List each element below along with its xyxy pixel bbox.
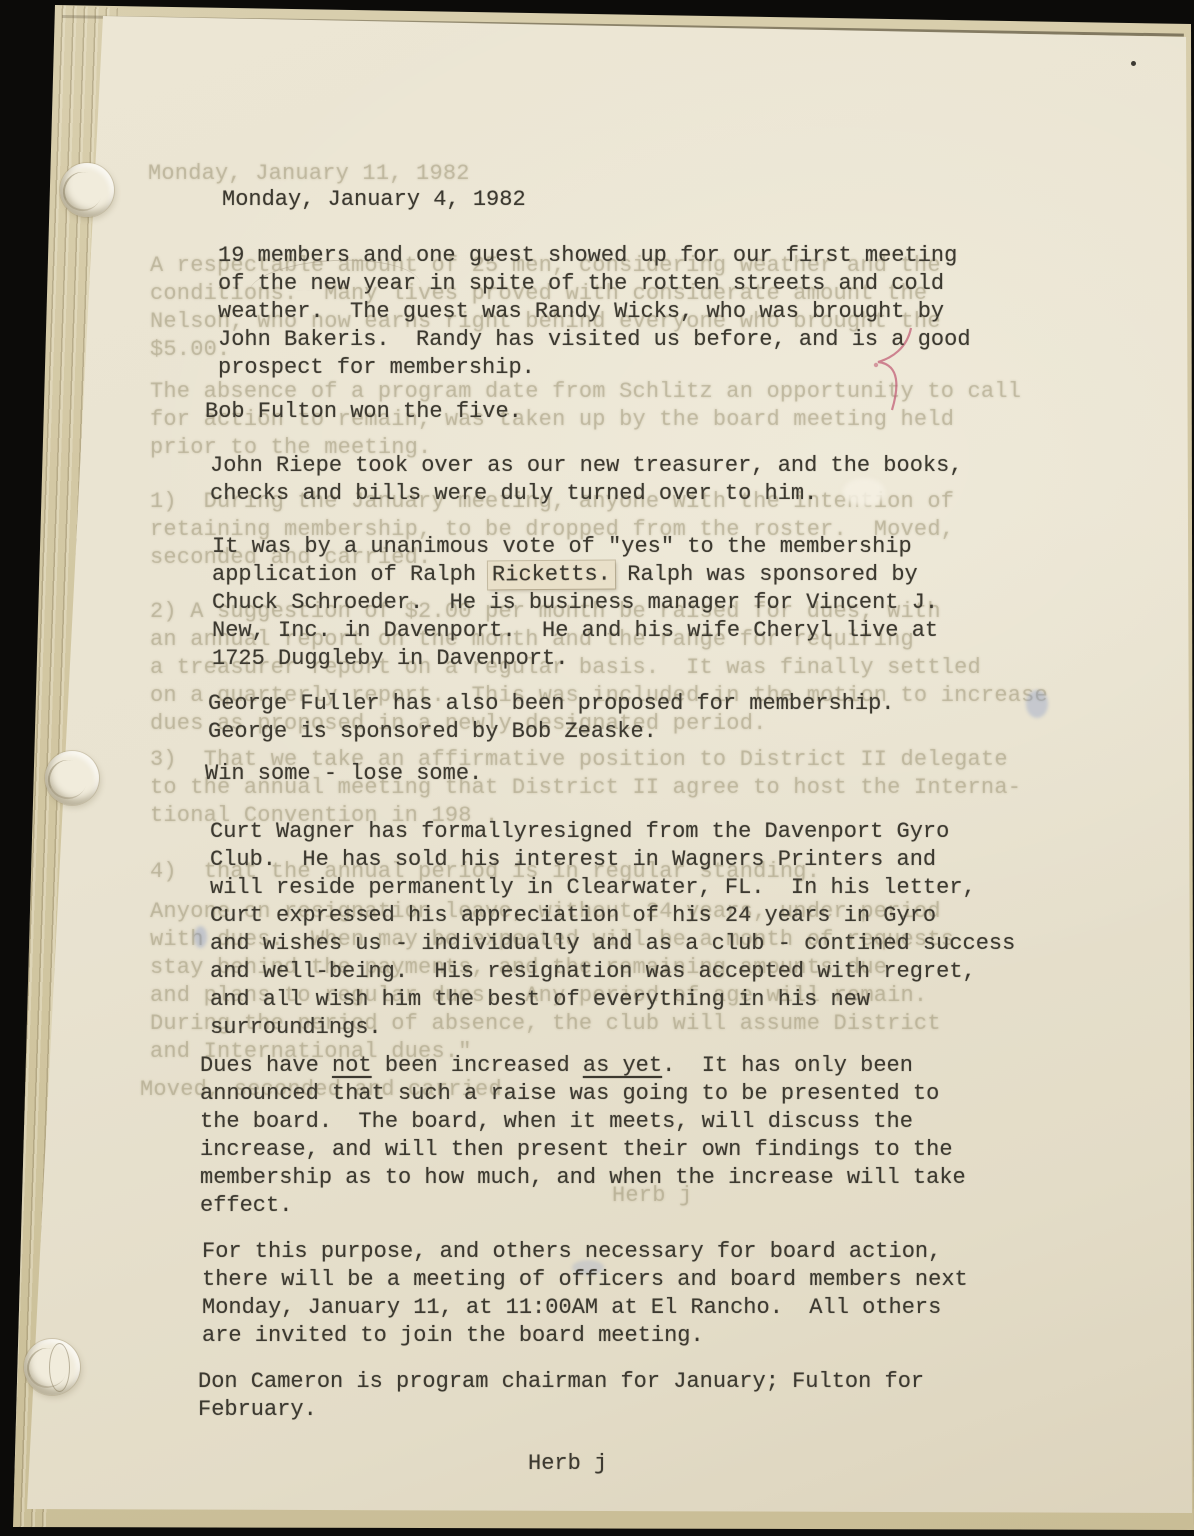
dues-underlined-as-yet: as yet [583,1053,662,1078]
blue-ink-smudge [1026,690,1048,718]
paragraph-program-chairman: Don Cameron is program chairman for Janu… [198,1368,924,1424]
dues-underlined-not: not [332,1053,372,1078]
paragraph-fulton-five: Bob Fulton won the five. [205,398,522,426]
signature: Herb j [528,1450,607,1478]
ink-speck [1131,61,1136,66]
dues-text: been increased [372,1053,583,1078]
paragraph-win-some: Win some - lose some. [205,760,482,788]
blue-ink-smudge [194,926,207,948]
punch-hole-bottom [24,1339,80,1395]
paragraph-dues: Dues have not been increased as yet. It … [200,1052,966,1220]
dues-text: Dues have [200,1053,332,1078]
date-heading: Monday, January 4, 1982 [222,186,526,214]
ghost-date-line: Monday, January 11, 1982 [148,160,470,188]
punch-hole-top [60,163,114,217]
paragraph-membership-vote: It was by a unanimous vote of "yes" to t… [212,533,938,673]
paragraph-wagner-resignation: Curt Wagner has formallyresigned from th… [210,818,1015,1042]
paragraph-treasurer: John Riepe took over as our new treasure… [210,452,963,508]
scan-backdrop: { "colors": { "backdrop": "#0c0b09", "pa… [0,0,1194,1536]
paragraph-board-meeting: For this purpose, and others necessary f… [202,1238,968,1350]
paragraph-george-fuller: George Fuller has also been proposed for… [208,690,895,746]
punch-hole-middle [45,751,99,805]
paragraph-attendance: 19 members and one guest showed up for o… [218,242,971,382]
ricketts-correction-patch: Ricketts. [488,561,615,590]
